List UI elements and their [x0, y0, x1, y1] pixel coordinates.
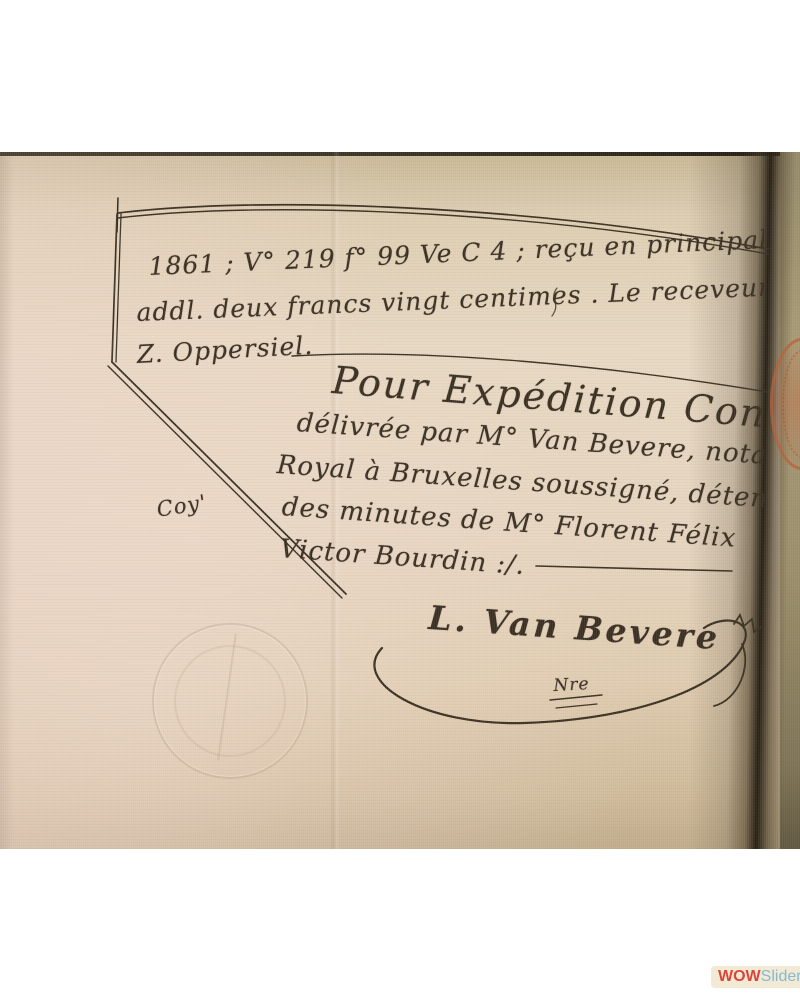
document-photo: 1861 ; V° 219 f° 99 Ve C 4 ; reçu en pri… [0, 152, 800, 849]
notary-signature-title: Nre [553, 674, 590, 696]
wowslider-watermark[interactable]: WOWSlider [711, 966, 800, 988]
slider-frame: 1861 ; V° 219 f° 99 Ve C 4 ; reçu en pri… [0, 0, 800, 1000]
handwriting-layer: 1861 ; V° 219 f° 99 Ve C 4 ; reçu en pri… [0, 152, 764, 849]
margin-note: Coy' [155, 490, 208, 522]
receiver-signature: Z. Oppersiel. [136, 331, 314, 369]
certification-line-4: Victor Bourdin :/. [279, 534, 526, 581]
registration-line-1: 1861 ; V° 219 f° 99 Ve C 4 ; reçu en pri… [148, 223, 764, 281]
notary-signature-name: L. Van Bevere [427, 598, 721, 657]
wowslider-slider-text: Slider [761, 968, 800, 985]
wowslider-wow-text: WOW [718, 968, 761, 985]
